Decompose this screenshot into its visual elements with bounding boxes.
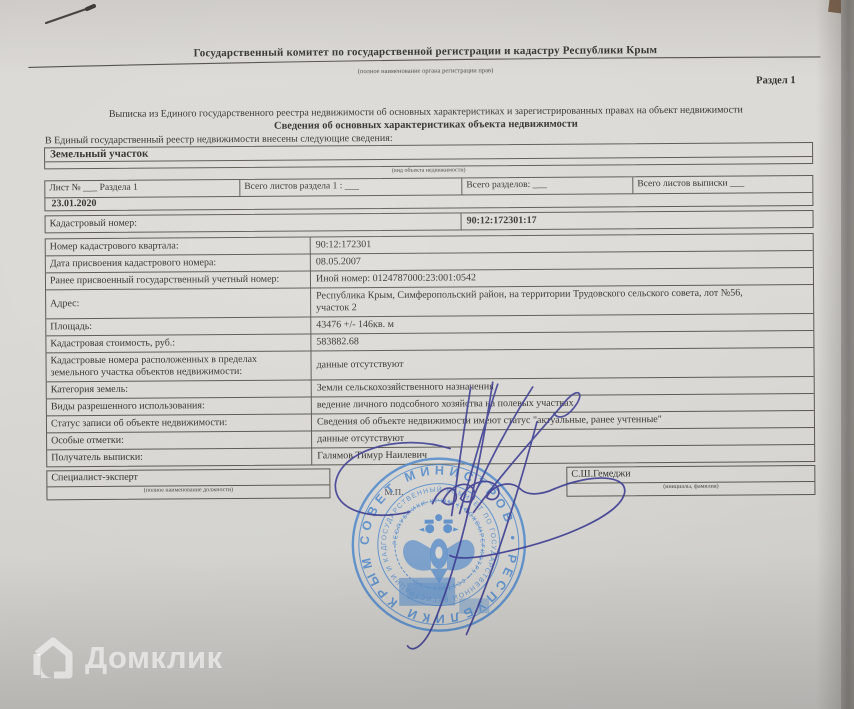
cadastral-number-value: 90:12:172301:17 [462,211,813,229]
eagle-emblem [403,514,475,584]
row-label: Адрес: [46,289,311,319]
row-label: Кадастровые номера расположенных в преде… [46,352,311,382]
object-type: Земельный участок [45,143,812,162]
row-label: Особые отметки: [47,432,312,450]
signature-name-box: С.Ш.Гемеджи (инициалы, фамилия) [566,465,815,497]
row-label: Виды разрешенного использования: [47,398,312,416]
row-label: Дата присвоения кадастрового номера: [46,255,311,273]
row-label: Кадастровая стоимость, руб.: [46,335,311,353]
row-label: Номер кадастрового квартала: [46,238,311,256]
cadastral-number-label: Кадастровый номер: [46,213,462,232]
row-label: Получатель выписки: [47,449,312,467]
pin-icon [40,2,104,30]
position-caption: (полное наименование должности) [47,485,329,499]
official-stamp: СОВЕТ МИНИСТРОВ • РЕСПУБЛИКИ КРЫМ ГОСУДА… [350,456,527,633]
row-value: данные отсутствуют [311,348,813,380]
signature-position-box: Специалист-эксперт (полное наименование … [46,468,330,500]
stamp-ink-smear [407,583,447,599]
domclick-house-icon [32,636,74,680]
row-label: Статус записи об объекте недвижимости: [47,415,312,433]
sheet-cell-list: Лист № ___ Раздела 1 [45,180,240,197]
document-photo: Государственный комитет по государственн… [0,0,854,709]
details-table: Номер кадастрового квартала:90:12:172301… [45,233,816,467]
cadastral-number-row: Кадастровый номер: 90:12:172301:17 [45,210,814,233]
section-label: Раздел 1 [756,75,796,86]
row-value: Республика Крым, Симферопольский район, … [311,285,813,317]
row-label: Категория земель: [47,381,312,399]
sheet-info-table: Лист № ___ Раздела 1 Всего листов раздел… [44,175,813,211]
sheet-cell-total-extract-sheets: Всего листов выписки ___ [633,176,812,193]
row-label: Площадь: [46,318,311,336]
sheet-cell-total-sections: Всего разделов: ___ [462,177,633,194]
stamp-ink-smear [459,598,489,613]
table-row: Кадастровые номера расположенных в преде… [46,347,813,381]
position-value: Специалист-эксперт [47,469,329,487]
table-row: Адрес:Республика Крым, Симферопольский р… [46,284,813,318]
watermark-brand: Домклик [85,640,223,676]
signer-name-caption: (инициалы, фамилия) [567,482,814,496]
sheet-cell-total-section-sheets: Всего листов раздела 1 : ___ [240,178,462,196]
document-content: Государственный комитет по государственн… [0,0,854,709]
watermark: Домклик [32,636,223,680]
row-label: Ранее присвоенный государственный учетны… [46,272,311,290]
signer-name: С.Ш.Гемеджи [567,466,814,484]
